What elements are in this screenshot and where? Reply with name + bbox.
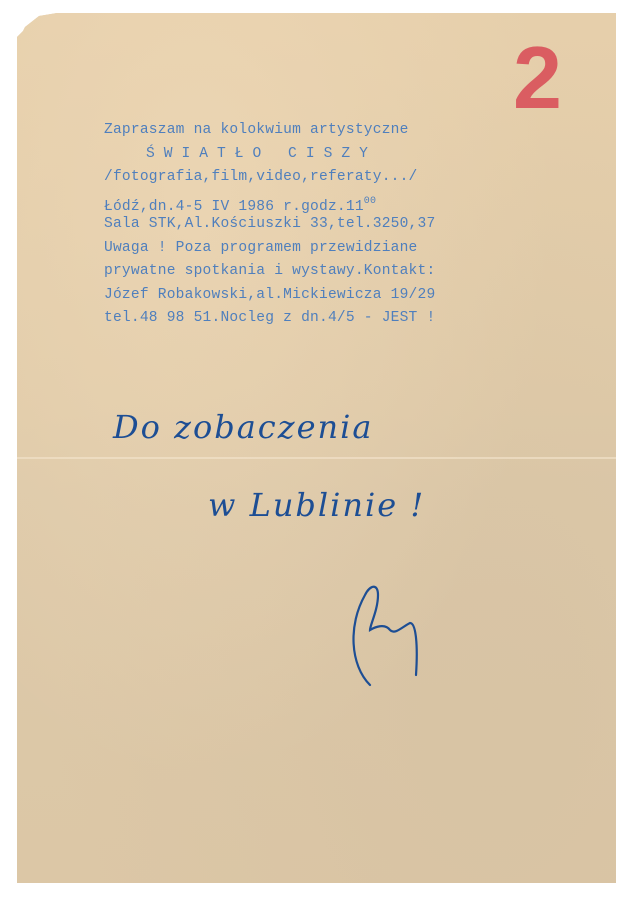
typed-line-program: /fotografia,film,video,referaty.../ xyxy=(104,166,435,190)
typed-line-contact: Józef Robakowski,al.Mickiewicza 19/29 xyxy=(104,284,435,308)
typed-line-phone: tel.48 98 51.Nocleg z dn.4/5 - JEST ! xyxy=(104,307,435,331)
page-number: 2 xyxy=(513,34,562,122)
typed-invitation: Zapraszam na kolokwium artystyczne ŚWIAT… xyxy=(104,119,435,331)
typed-line-note: Uwaga ! Poza programem przewidziane xyxy=(104,237,435,261)
signature-mark xyxy=(340,585,430,695)
typed-line-intro: Zapraszam na kolokwium artystyczne xyxy=(104,119,435,143)
typed-line-meetings: prywatne spotkania i wystawy.Kontakt: xyxy=(104,260,435,284)
event-title: ŚWIATŁO CISZY xyxy=(104,143,435,167)
handwritten-location: w Lublinie ! xyxy=(208,486,425,524)
paper-fold-line xyxy=(17,457,616,459)
handwritten-greeting: Do zobaczenia xyxy=(113,408,373,446)
typed-line-venue: Sala STK,Al.Kościuszki 33,tel.3250,37 xyxy=(104,213,435,237)
time-minutes: 00 xyxy=(364,196,376,207)
typed-line-date: Łódź,dn.4-5 IV 1986 r.godz.1100 xyxy=(104,190,435,214)
